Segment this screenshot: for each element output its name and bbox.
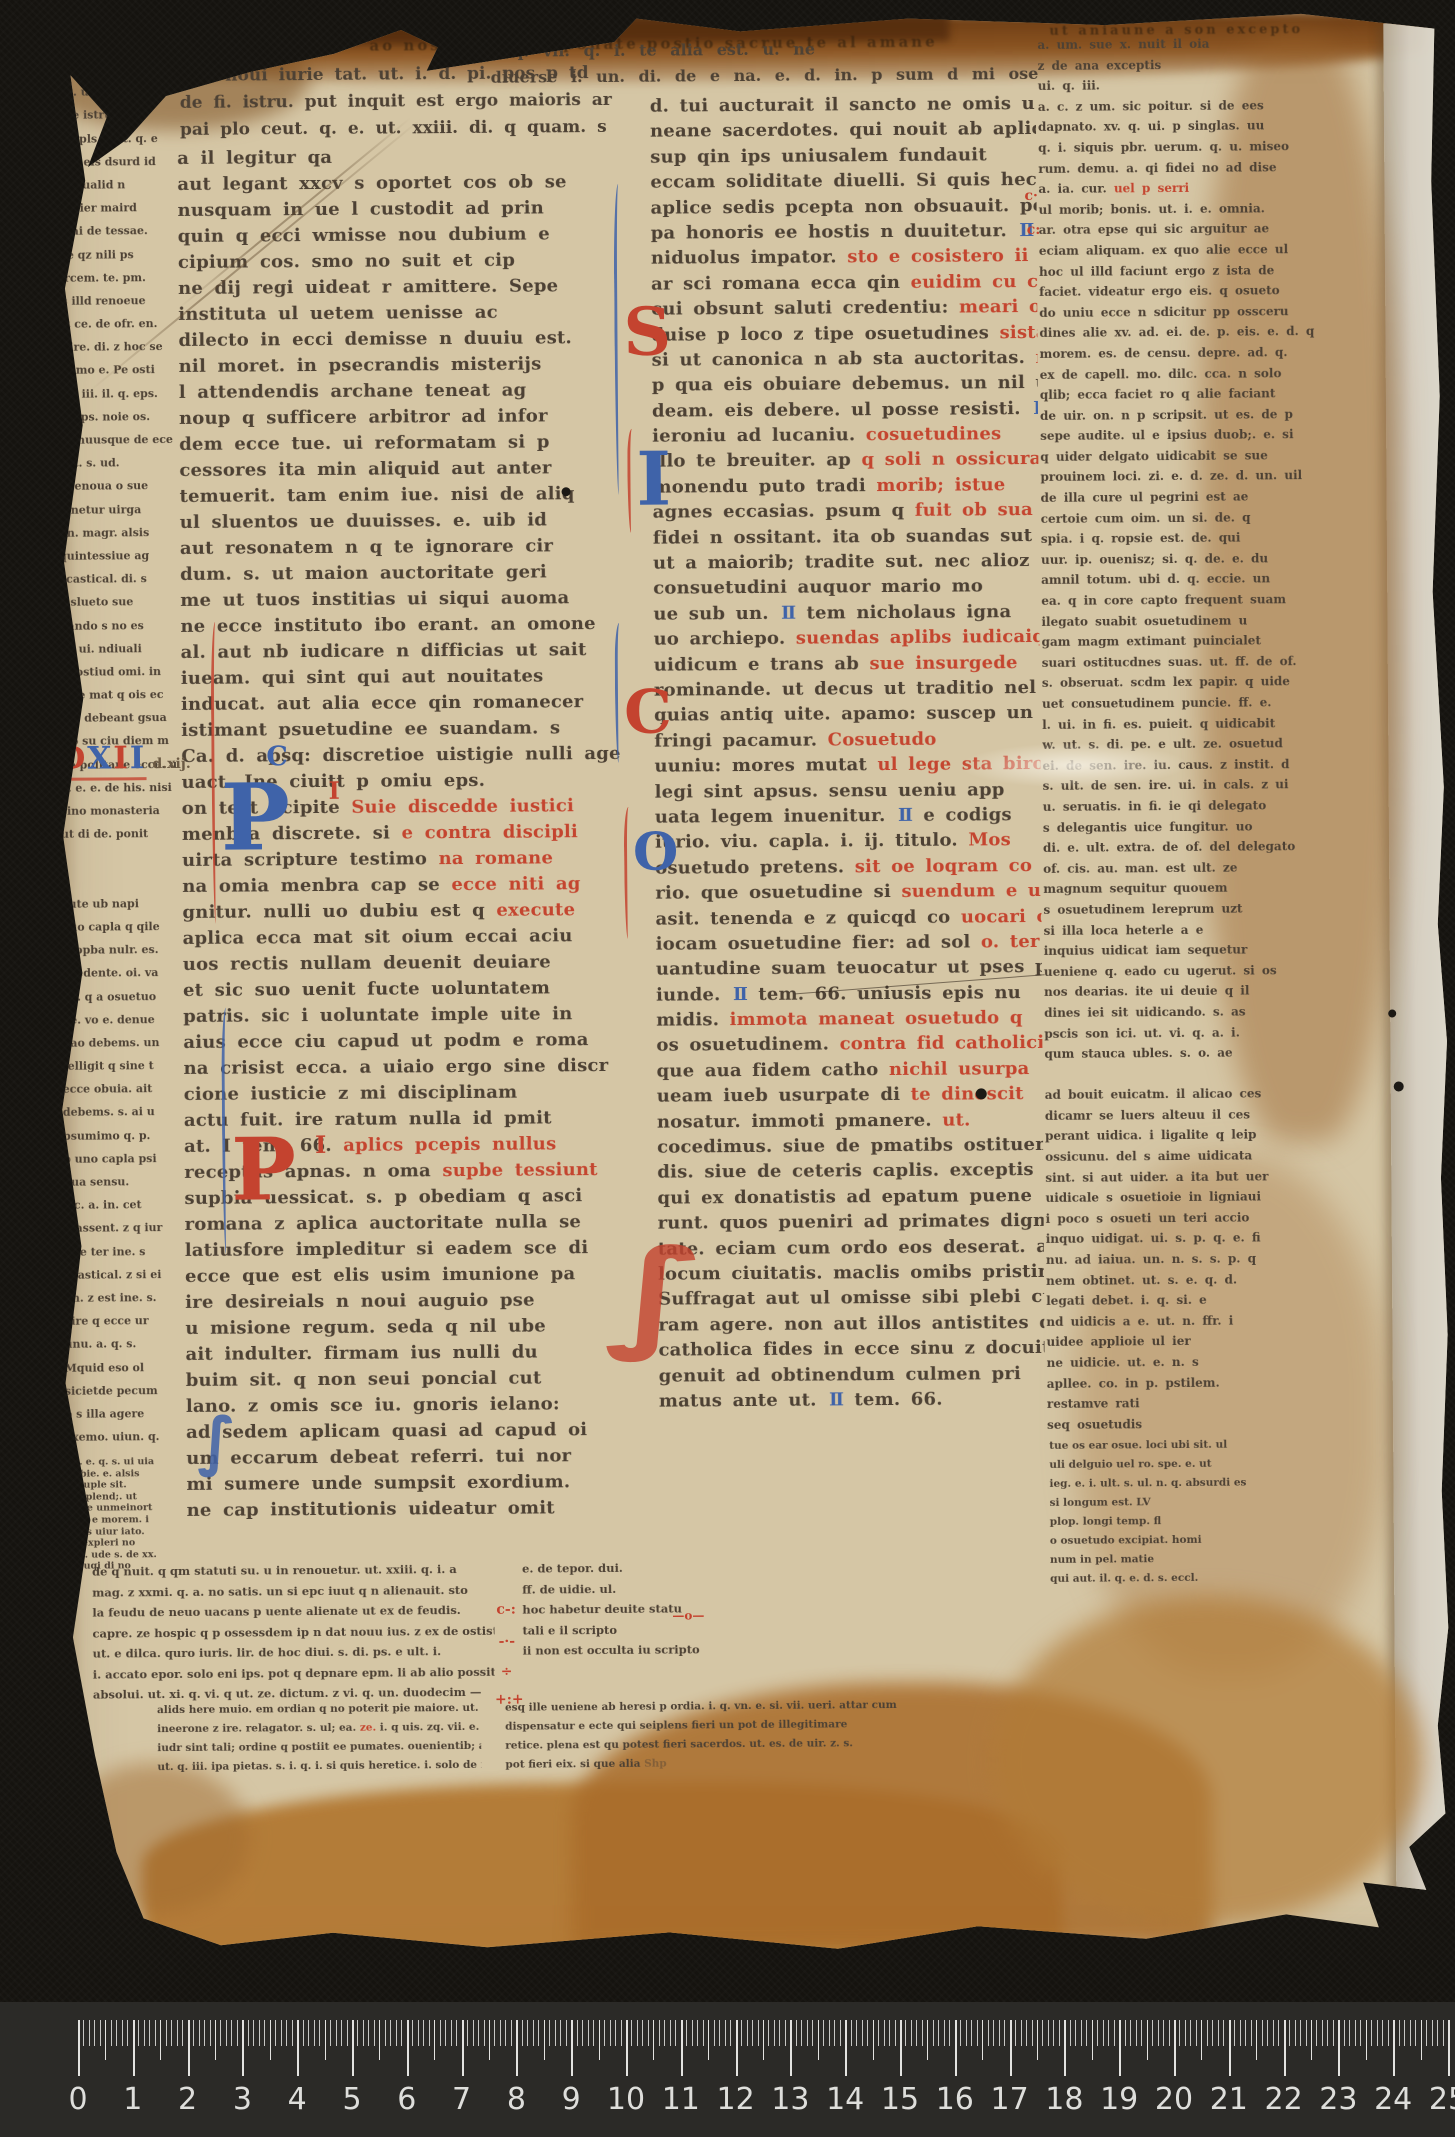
text-line: si longum est. LV [1050,1495,1362,1516]
rubric-text: sistatane [999,321,1037,342]
text-line: matus ante ut. II tem. 66. [659,1388,1045,1416]
ink-text: of. cis. au. man. est ult. ze [1043,860,1237,875]
text-line: ut di de. ponit [61,827,187,851]
text-line: uuniu: mores mutat ul lege sta birol. [654,753,1040,781]
ruler-tick [429,2020,430,2046]
ink-text: poi pls ceut. q. e [56,132,158,146]
text-line: restamve rati [1047,1395,1355,1418]
ink-text: l. ui. in fi. es. puieit. q uidicabit [1042,716,1275,732]
rubric-text: Mos [968,829,1011,850]
ruler-tick [440,2020,441,2046]
ink-text: inquius uidicat iam sequetur [1044,943,1248,958]
ink-text: cessores ita min aliquid aut anter [179,457,551,481]
ink-text: lic nuusque de ece [58,433,173,447]
text-line: prouinem loci. zi. e. d. ze. d. un. uil [1040,468,1348,491]
text-line: istimant psuetudine ee suandam. s [181,717,633,746]
ink-text: tenetur uirga [59,503,142,517]
text-line: propba nulr. es. [62,943,188,967]
text-line: aut resonatem n q te ignorare cir [180,535,632,564]
ruler-tick [1212,2020,1213,2046]
ruler-tick [1234,2020,1235,2046]
ruler-tick [1114,2020,1115,2046]
ruler-tick [834,2020,835,2046]
ink-text: ire qz nili ps [57,248,134,262]
ink-text: a il legitur qa [177,147,332,169]
ink-text: na omia menbra cap se [182,874,451,897]
ink-text: latiusfore impleditur si eadem sce di [185,1237,589,1261]
text-line: ut. q. iii. ipa pietas. s. i. q. i. si q… [157,1759,481,1780]
ink-text: magnum sequitur quouem [1043,881,1227,896]
ruler-tick [796,2020,797,2046]
ruler-tick [1410,2020,1411,2046]
ink-text: s osuetudinem lereprum uzt [1043,901,1242,916]
text-line: noup q sufficere arbitror ad infor [179,405,631,434]
text-line: osuetudo pretens. sit oe loqram co [655,855,1041,883]
text-line: perant uidica. i ligalite q leip [1045,1127,1353,1150]
ruler-tick [199,2020,200,2046]
ink-text: matus ante ut. [659,1389,827,1411]
rubric-text: nichil usurpa [889,1058,1030,1080]
rubric-text: Cosuetudo [828,728,937,750]
text-line: de q nuit. q qm statuti su. u in renouet… [92,1562,494,1585]
ruler-tick [188,2020,190,2076]
text-line: mag. z xxmi. q. a. no satis. un si epc i… [92,1582,494,1605]
text-line: q uider delgato uidicabit se sue [1040,448,1348,471]
text-line [659,1413,1045,1441]
ruler-tick [1158,2020,1159,2046]
wormhole [1388,1009,1396,1017]
ruler-tick [966,2020,967,2046]
text-line: ff. de uidie. ul. [522,1580,764,1602]
ink-text: restamve rati [1047,1396,1140,1411]
ruler-tick [177,2020,178,2046]
text-line: spia. i q. ropsie est. de. qui [1041,530,1349,553]
text-line: cui obsunt saluti credentiu: meari ob [651,296,1037,324]
ruler-number: 1 [123,2082,142,2117]
ruler-tick [1092,2020,1093,2060]
decorated-initial-S-red: S [623,299,671,365]
ruler-tick [478,2020,479,2046]
ink-text: nosatur. immoti pmanere. [657,1109,942,1132]
ruler-tick [599,2020,600,2060]
text-line: arcem. te. pm. [57,271,183,295]
text-line: iudr sint tali; ordine q postiit ee puma… [157,1740,481,1761]
text-line: ecce que est elis usim imunione pa [185,1263,637,1292]
ruler-tick [812,2020,813,2046]
ink-text: uli delguio uel ro. spe. e. ut [1049,1458,1211,1471]
ruler-tick [681,2020,683,2076]
text-line: ueniene q. eado cu ugerut. si os [1044,962,1352,985]
ink-text: na ui. ndiuali [60,642,142,656]
ink-text: an. ps. noie os. [58,410,150,424]
ruler-number: 6 [397,2082,416,2117]
ruler-tick [801,2020,802,2046]
ink-text: sino monasteria [61,804,160,818]
ink-text: ne. vo e. denue [62,1013,155,1027]
text-line: w. ut. s. di. pe. e ult. ze. osuetud [1042,736,1350,759]
ruler-tick [785,2020,786,2046]
ink-text: nao debems. un [62,1036,159,1050]
ruler-tick [527,2020,528,2046]
ink-text: ue sub un. [653,603,779,625]
margin-rubric-mark: c· [1024,188,1038,204]
ruler-tick [779,2020,780,2046]
ruler-tick [582,2020,583,2046]
ink-text: sine mat q ois ec [60,688,164,702]
ink-text: unu. a. q. s. [64,1338,136,1352]
ruler-tick [867,2020,868,2046]
margin-rubric-mark: + [46,933,58,949]
text-line: pn. z est ine. s. [64,1291,190,1315]
ink-text: ul morib; bonis. ut. i. e. omnia. [1039,201,1265,217]
ink-text: ex de capell. mo. dilc. cca. n solo [1040,366,1282,382]
ruler-tick [1042,2020,1043,2046]
ruler-ticks [78,2020,1448,2080]
ink-text: ut a maiorib; tradite sut. nec alioz [653,550,1030,574]
ink-text: ecce obuia. ait [63,1082,153,1096]
ink-text: spia. i q. ropsie est. de. qui [1041,531,1241,546]
ruler-tick [736,2020,738,2076]
ruler-tick [407,2020,409,2076]
ruler-tick [829,2020,830,2046]
ruler-tick [1360,2020,1361,2046]
ruler-tick [401,2020,402,2046]
text-line: giassent. z q iur [64,1221,190,1245]
text-line: eire q ecce ur [64,1314,190,1338]
ink-text: pot fieri eix. si que alia [505,1758,644,1771]
text-line: cione iusticie z mi disciplinam [184,1081,636,1110]
ink-text: o slueto sue [59,596,133,610]
text-line: cocedimus. siue de pmatibs ostituen [657,1134,1043,1162]
text-line: un. magr. alsis [59,526,185,550]
ink-text: ne uidicie. ut. e. n. s [1047,1355,1199,1370]
numeral-letter: I [130,740,147,776]
main-text-column-2: d. tui aucturait il sancto ne omis unean… [650,93,1046,1492]
ink-text: me ut tuos institias ui siqui auoma [180,587,569,611]
text-line: uidicum e trans ab sue insurgede [654,652,1040,680]
ink-text: dispensatur e ecte qui seiplens fieri un… [505,1718,847,1732]
ruler-tick [1201,2020,1202,2060]
text-line: eccam soliditate diuelli. Si quis hec [650,169,1036,197]
text-line: o s illa agere [65,1407,191,1431]
text-line: sicietde pecum [65,1384,191,1408]
ruler-tick [818,2020,819,2060]
ruler-tick [1169,2020,1170,2046]
ink-text: pa honoris ee hostis n duuitetur. [651,220,1018,244]
ink-text: aplica ecca mat sit oium eccai aciu [183,925,573,949]
text-line: diuerse i. un. di. de e na. e. d. in. p … [491,64,1039,94]
text-line: neane sacerdotes. qui nouit ab aplice [650,118,1036,146]
text-line: alids here muio. em ordian q no poterit … [157,1702,481,1723]
ink-text: cui obsunt saluti credentiu: [651,297,959,320]
ink-text: nos dearias. ite ui deuie q il [1044,984,1250,999]
text-line: na omia menbra cap se ecce niti ag [182,873,634,902]
ruler-tick [1059,2020,1060,2046]
rubric-text: uel p serri [1114,181,1189,196]
ink-text: a. c. z um. sic poitur. si de ees [1038,98,1264,114]
text-line: de illa cure ul pegrini est ae [1041,489,1349,512]
ruler-tick [100,2020,101,2046]
ink-text: ei. de sen. ire. iu. caus. z instit. d [1042,757,1289,773]
ruler-tick [1404,2020,1405,2046]
red-pen-flourish: ∫ [603,1234,706,1355]
ruler-tick [133,2020,135,2076]
ruler-number: 5 [342,2082,361,2117]
ruler-tick [1322,2020,1323,2046]
rubric-text: suendum e ut [901,880,1041,902]
text-line: ie ai de tessae. [57,224,183,248]
ruler-tick [725,2020,726,2046]
text-line: que aua fidem catho nichil usurpa [657,1058,1043,1086]
ruler-tick [462,2020,464,2076]
ruler-number: 21 [1210,2082,1248,2117]
text-line: dis. siue de ceteris caplis. exceptis hi… [657,1159,1043,1187]
ruler-tick [494,2020,495,2046]
ruler-tick [1382,2020,1383,2046]
ink-text: a. e. e. de his. nisi [61,781,172,795]
text-line: de uir. on. n p scripsit. ut es. de p [1040,406,1348,429]
ink-text: cocedimus. siue de pmatibs ostituen [657,1134,1043,1158]
ink-text: un. e. q. s. ui uia [65,1456,154,1468]
text-line: ea. q in core capto frequent suam [1041,592,1349,615]
text-line: q. i. siquis pbr. uerum. q. u. miseo [1038,139,1346,162]
rubric-text: uocari op [961,905,1042,927]
ruler-tick [434,2020,435,2060]
ink-text: sist. ude s. de xx. [66,1549,157,1561]
ruler-tick [758,2020,759,2046]
text-line: o slueto sue [59,595,185,619]
ruler-tick [242,2020,244,2076]
numeral-letter: X [87,740,113,776]
rubric-text: te dinoscit [911,1083,1024,1105]
ink-text: la feudu de neuo uacans p uente alienate… [92,1603,461,1620]
rubric-text: morib; istue [876,474,1005,496]
ink-text: aute ub napi [61,897,139,911]
text-line: dem ecce tue. ui reformatam si p [179,431,631,460]
ink-text: ut di de. ponit [61,827,148,841]
gutter-rubric-mark: c-: [496,1602,516,1618]
ink-text: ram agere. non aut illos antistites qs [658,1312,1044,1336]
ruler-tick [719,2020,720,2046]
ruler-tick [138,2020,139,2046]
ruler-tick [1163,2020,1164,2046]
text-line: inquo uidigat. ui. s. p. q. e. fi [1046,1230,1354,1253]
text-line: ne. vo e. denue [62,1013,188,1037]
ink-text: ar sci romana ecca qin [651,272,911,295]
ruler-tick [363,2020,364,2046]
ruler-tick [1103,2020,1104,2046]
ink-text: pn. z est ine. s. [64,1291,156,1305]
ruler-tick [357,2020,358,2046]
ink-text: a. ia. cur. [1038,182,1114,197]
text-line: fringi pacamur. Cosuetudo [654,728,1040,756]
ink-text: diuerse i. un. di. de e na. e. d. in. p … [491,64,1039,87]
text-line: an. ps. noie os. [58,410,184,434]
ruler-tick [1185,2020,1186,2046]
text-line: u misione regum. seda q nil ube [185,1315,637,1344]
ink-text: retice. plena est qu potest fieri sacerd… [505,1737,853,1751]
rubric-text: meari ob [959,296,1037,318]
ink-text: sic. a. in. cet [63,1198,141,1212]
ink-text: neane sacerdotes. qui nouit ab aplice [650,118,1036,142]
ink-text: tali e il scripto [522,1622,617,1637]
text-line: iueam. qui sint qui aut nouitates [181,665,633,694]
ruler-tick [220,2020,221,2046]
ink-text: aut resonatem n q te ignorare cir [180,535,553,559]
ink-text: escls uiur iato. [66,1526,145,1538]
text-line: al. aut nb iudicare n difficias ut sait [181,639,633,668]
ruler-tick [1371,2020,1372,2046]
wormhole [976,1088,987,1099]
ink-text: noup q sufficere arbitror ad infor [179,405,548,429]
ruler-tick [1393,2020,1395,2076]
ruler-tick [94,2020,95,2046]
gutter-rubric-mark: +:+ [495,1692,524,1708]
ink-text: ut. e dilca. quro iuris. lir. de hoc diu… [93,1644,442,1660]
ink-text: tem. 66. uniusis epis nu [748,982,1021,1005]
ruler-tick [166,2020,167,2046]
ink-text: ire desireials n noui auguio pse [185,1289,535,1312]
text-line: ul sluentos ue duuisses. e. uib id [180,509,632,538]
decorated-initial-O-blue: O [633,826,679,878]
ruler-tick [418,2020,419,2046]
rubric-text: euidim cu cad [911,271,1038,293]
ink-text: uur. ip. ouenisz; si. q. de. e. du [1041,551,1268,567]
ruler-tick [379,2020,380,2060]
bottom-left-stain [59,1762,250,1913]
ruler-tick [259,2020,260,2046]
ruler-tick [988,2020,989,2046]
ink-text: e. de tepor. dui. [522,1561,623,1576]
text-line: uando s no es [59,618,185,642]
measuring-ruler: 0123456789101112131415161718192021222324… [0,2002,1455,2137]
ink-text: de uir. on. n p scripsit. ut es. de p [1040,407,1293,423]
ink-text: pcedente. oi. va [62,966,159,980]
ink-text: aut legant xxcv s oportet cos ob se [177,171,566,195]
ink-text: tue os ear osue. loci ubi sit. ul [1049,1439,1227,1452]
ink-text: nil moret. in psecrandis misterijs [179,353,542,377]
text-line: pcedente. oi. va [62,966,188,990]
ink-text: prouinem loci. zi. e. d. ze. d. un. uil [1040,469,1302,485]
ruler-tick [916,2020,917,2046]
ink-text: eire q ecce ur [64,1314,148,1328]
ruler-tick [330,2020,331,2046]
ink-text: debems. s. ai u [63,1106,155,1120]
ink-text: cipium cos. smo no suit et cip [178,250,515,273]
ruler-tick [664,2020,665,2046]
text-line: deam. eis debere. ul posse resisti. II e [652,398,1038,426]
ink-text: morem. es. de censu. depre. ad. q. [1040,345,1288,361]
ruler-tick [1448,2020,1450,2076]
ruler-tick [1196,2020,1197,2046]
text-line: nem obtinet. ut. s. e. q. d. [1046,1271,1354,1294]
ink-text: de illa cure ul pegrini est ae [1041,490,1249,505]
ink-text: ne cap institutionis uideatur omit [187,1497,555,1521]
ink-text: uo archiepo. [653,628,795,650]
text-line: ach noui iure [56,62,182,86]
text-line: uantudine suam teuocatur ut pses p [656,956,1042,984]
ink-text: uantudine suam teuocatur ut pses p [656,956,1042,980]
ruler-tick [484,2020,485,2046]
ink-text: uando s no es [59,619,143,633]
small-initial-I-red-2: I [315,1133,326,1157]
ruler-tick [1443,2020,1444,2046]
ruler-tick [653,2020,654,2060]
ink-text: apllee. co. in p. pstilem. [1047,1375,1220,1390]
ruler-tick [451,2020,452,2046]
ruler-tick [878,2020,879,2046]
ruler-tick [610,2020,611,2046]
text-line: ex de capell. mo. dilc. cca. n solo [1040,365,1348,388]
ink-text: de q nuit. q qm statuti su. u in renouet… [92,1562,457,1579]
text-line: eas debeant gsua [60,711,186,735]
text-line: sino monasteria [61,804,187,828]
ruler-tick [160,2020,161,2060]
ink-text: ecastical. di. s [59,572,147,586]
ink-text: si illa loca heterle a e [1044,922,1204,937]
ink-text: qum stauca ubles. s. o. ae [1044,1046,1232,1061]
ruler-tick [566,2020,567,2046]
ruler-number: 23 [1319,2082,1357,2117]
text-line: uidicale s osuetioie in ligniaui [1045,1189,1353,1212]
ink-text: uat. s. ud. [58,457,119,470]
rubric-text: q soli n ossicuram [861,448,1038,470]
ruler-number: 10 [607,2082,645,2117]
ruler-tick [1010,2020,1012,2076]
right-folded-edge [1383,23,1454,1918]
ruler-tick [1349,2020,1350,2046]
ruler-tick [873,2020,874,2060]
text-line: ire desireials n noui auguio pse [185,1289,637,1318]
text-line: instituta ul uetem uenisse ac [178,301,630,330]
ink-text: p uno capla psi [63,1152,156,1166]
ink-text: num in pel. matie [1050,1553,1154,1566]
text-line: gnitur. nulli uo dubiu est q execute [182,899,634,928]
ink-text: certoie cum oim. un si. de. q [1041,510,1251,525]
text-line: um eccarum debeat referri. tui nor [186,1445,638,1474]
text-line: sine mat q ois ec [60,688,186,712]
text-line: psimo e. Pe osti [58,363,184,387]
bottom-middle-gloss-block: e. de tepor. dui.ff. de uidie. ul.hoc ha… [522,1560,765,1685]
ink-text: Shp [644,1758,667,1770]
text-line: u. seruatis. in fi. ie qi delegato [1043,798,1351,821]
ruler-number: 8 [507,2082,526,2117]
rubric-text: o. ter [981,931,1040,952]
ruler-tick [78,2020,80,2076]
text-line: p qua eis obuiare debemus. un nil ui [652,372,1038,400]
ink-text: Suffragat aut ul omisse sibi plebi cu [658,1286,1044,1310]
ruler-tick [900,2020,902,2076]
text-line: certoie cum oim. un si. de. q [1041,509,1349,532]
ink-text: ie ai de tessae. [57,224,148,238]
ink-text: dines alie xv. ad. ei. de. p. eis. e. d.… [1039,324,1314,340]
ruler-tick [692,2020,693,2046]
rubric-text: suendas aplibs iudicaiqu n [796,626,1040,649]
ruler-tick [352,2020,354,2076]
ruler-tick [949,2020,950,2046]
paraph-mark: II [898,805,911,826]
ruler-number: 2 [178,2082,197,2117]
text-line: a. um. sue x. nuit il oia [1037,36,1345,59]
ruler-tick [396,2020,397,2046]
ink-text: ueam iueb usurpate di [657,1084,911,1107]
ruler-tick [1004,2020,1005,2046]
ruler-tick [752,2020,753,2046]
ruler-tick [1273,2020,1274,2046]
text-line: pot fieri eix. si que alia Shp [505,1755,1065,1778]
ink-text: consuetudini auquor mario mo [653,576,983,599]
text-line: di. e. ult. extra. de of. del delegato [1043,839,1351,862]
